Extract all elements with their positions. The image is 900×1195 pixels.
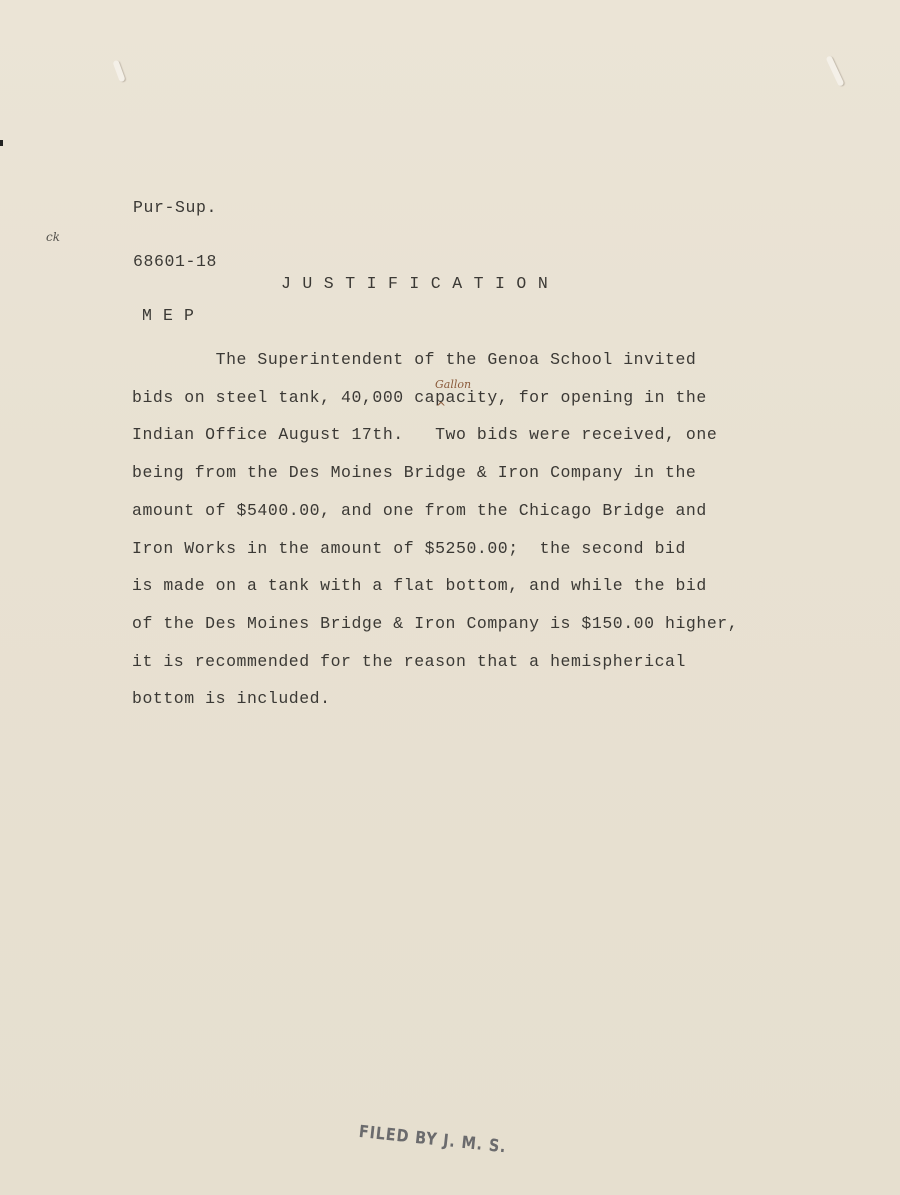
handwritten-insertion: Gallon: [435, 378, 471, 391]
reference-line-3: M E P: [133, 307, 217, 325]
reference-line-2: 68601-18: [133, 253, 217, 271]
body-line: it is recommended for the reason that a …: [132, 652, 686, 671]
body-line: of the Des Moines Bridge & Iron Company …: [132, 614, 738, 633]
reference-line-1: Pur-Sup.: [133, 199, 217, 217]
body-line: bottom is included.: [132, 689, 331, 708]
edge-mark: [0, 140, 3, 146]
insertion-caret-icon: ^: [436, 400, 446, 414]
body-line: amount of $5400.00, and one from the Chi…: [132, 501, 707, 520]
body-line: Iron Works in the amount of $5250.00; th…: [132, 539, 686, 558]
margin-initials: ck: [46, 230, 60, 244]
body-line: being from the Des Moines Bridge & Iron …: [132, 463, 696, 482]
body-line: Indian Office August 17th. Two bids were…: [132, 425, 717, 444]
body-line: The Superintendent of the Genoa School i…: [132, 350, 696, 369]
reference-block: Pur-Sup. 68601-18 M E P: [133, 163, 217, 343]
body-line: is made on a tank with a flat bottom, an…: [132, 576, 707, 595]
document-title: JUSTIFICATION: [281, 274, 559, 293]
body-line: bids on steel tank, 40,000 capacity, for…: [132, 388, 707, 407]
